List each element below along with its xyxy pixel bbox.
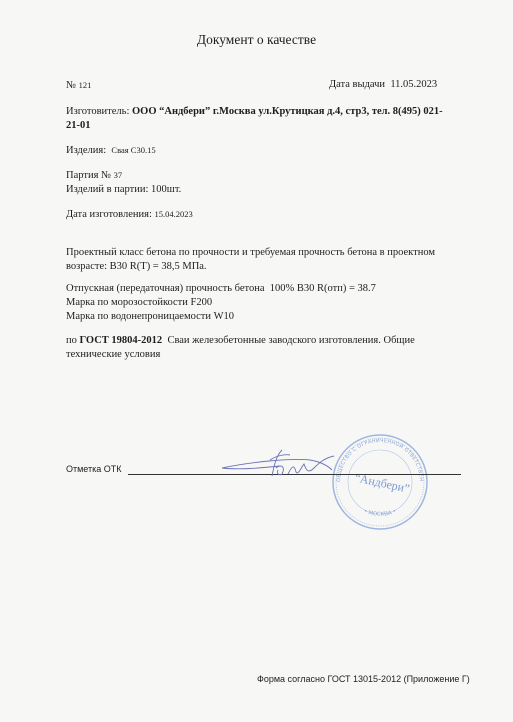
issue-date: Дата выдачи 11.05.2023 — [329, 78, 437, 92]
standard-reference: по ГОСТ 19804-2012 Сваи железобетонные з… — [66, 334, 415, 362]
manufacture-date-value: 15.04.2023 — [155, 209, 193, 219]
company-stamp-icon: ОБЩЕСТВО С ОГРАНИЧЕННОЙ ОТВЕТСТВЕННОСТЬЮ… — [330, 432, 430, 532]
document-number: № 121 — [66, 78, 91, 93]
manufacturer-label: Изготовитель: — [66, 106, 129, 117]
standard-desc-line2: технические условия — [66, 349, 160, 360]
batch-label: Партия № — [66, 170, 111, 181]
manufacture-date-label: Дата изготовления: — [66, 209, 152, 220]
product: Изделия: Свая С30.15 — [66, 143, 156, 158]
otk-label: Отметка ОТК — [66, 464, 122, 474]
product-value: Свая С30.15 — [111, 145, 155, 155]
manufacture-date: Дата изготовления: 15.04.2023 — [66, 207, 193, 222]
design-class-line2: возрасте: В30 R(Т) = 38,5 МПа. — [66, 261, 207, 272]
water-grade: Марка по водонепроницаемости W10 — [66, 311, 234, 322]
batch-count-value: 100шт. — [151, 184, 181, 195]
design-class-line1: Проектный класс бетона по прочности и тр… — [66, 247, 435, 258]
svg-text:• МОСКВА •: • МОСКВА • — [363, 508, 398, 518]
strength-grades: Отпускная (передаточная) прочность бетон… — [66, 282, 376, 324]
design-class: Проектный класс бетона по прочности и тр… — [66, 246, 435, 274]
number-value: 121 — [79, 80, 92, 90]
issue-date-value: 11.05.2023 — [390, 79, 437, 90]
stamp-ring-bottom: • МОСКВА • — [363, 508, 398, 518]
standard-code: ГОСТ 19804-2012 — [80, 335, 163, 346]
number-label: № — [66, 80, 76, 91]
document-page: Документ о качестве № 121 Дата выдачи 11… — [0, 0, 513, 722]
document-title: Документ о качестве — [0, 32, 513, 48]
release-strength: Отпускная (передаточная) прочность бетон… — [66, 283, 376, 294]
manufacturer-line1: ООО “Андбери” г.Москва ул.Крутицкая д.4,… — [132, 106, 443, 117]
standard-desc-line1: Сваи железобетонные заводского изготовле… — [167, 335, 414, 346]
batch-count-label: Изделий в партии: — [66, 184, 148, 195]
footer-form-reference: Форма согласно ГОСТ 13015-2012 (Приложен… — [257, 674, 470, 684]
manufacturer-line2: 21-01 — [66, 120, 91, 131]
batch-info: Партия № 37 Изделий в партии: 100шт. — [66, 168, 181, 197]
standard-prefix: по — [66, 335, 77, 346]
frost-grade: Марка по морозостойкости F200 — [66, 297, 212, 308]
product-label: Изделия: — [66, 145, 106, 156]
signature-icon — [210, 446, 340, 480]
manufacturer: Изготовитель: ООО “Андбери” г.Москва ул.… — [66, 105, 443, 133]
batch-value: 37 — [114, 170, 123, 180]
issue-date-label: Дата выдачи — [329, 79, 385, 90]
